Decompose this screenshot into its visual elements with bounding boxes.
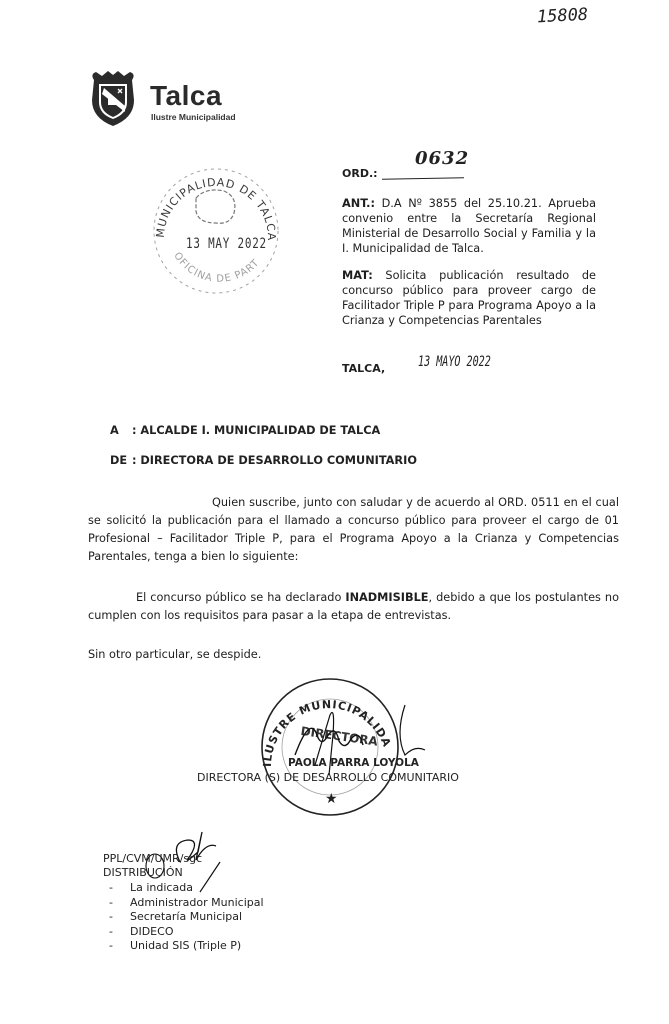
body-paragraph-1: Quien suscribe, junto con saludar y de a… xyxy=(88,494,619,566)
mat-text: Solicita publicación resultado de concur… xyxy=(342,269,596,327)
list-item: -Unidad SIS (Triple P) xyxy=(103,939,264,954)
list-item: -La indicada xyxy=(103,881,264,896)
stamp-arc-top: MUNICIPALIDAD DE TALCA xyxy=(154,176,278,242)
svg-text:ILUSTRE MUNICIPALIDAD DE: ILUSTRE MUNICIPALIDAD DE xyxy=(250,665,394,767)
distribution-title: DISTRIBUCIÓN xyxy=(103,866,183,879)
signer-name: PAOLA PARRA LOYOLA xyxy=(288,757,419,769)
inadmissible-emphasis: INADMISIBLE xyxy=(345,591,428,604)
svg-text:MUNICIPALIDAD DE TALCA: MUNICIPALIDAD DE TALCA xyxy=(154,176,278,242)
sender-value: : DIRECTORA DE DESARROLLO COMUNITARIO xyxy=(132,454,417,467)
ant-text: D.A Nº 3855 del 25.10.21. Aprueba conven… xyxy=(342,197,596,255)
closing-line: Sin otro particular, se despide. xyxy=(88,648,261,661)
logo-title: Talca xyxy=(150,80,222,112)
ord-underline xyxy=(382,177,464,179)
recipient-line: A : ALCALDE I. MUNICIPALIDAD DE TALCA xyxy=(110,424,380,437)
received-stamp: MUNICIPALIDAD DE TALCA OFICINA DE PARTES xyxy=(146,163,286,298)
antecedent-block: ANT.: D.A Nº 3855 del 25.10.21. Aprueba … xyxy=(342,196,596,256)
ant-label: ANT.: xyxy=(342,197,375,210)
distribution-list: -La indicada -Administrador Municipal -S… xyxy=(103,881,264,954)
list-item: -Administrador Municipal xyxy=(103,896,264,911)
mat-label: MAT: xyxy=(342,269,373,282)
ord-number: 0632 xyxy=(415,148,469,169)
star-icon: ★ xyxy=(325,791,338,807)
issue-date: 13 MAYO 2022 xyxy=(418,354,491,370)
recipient-key: A xyxy=(110,424,128,437)
ord-label: ORD.: xyxy=(342,167,378,180)
sender-key: DE xyxy=(110,454,128,467)
signer-role: DIRECTORA (S) DE DESARROLLO COMUNITARIO xyxy=(197,771,459,784)
list-item: -Secretaría Municipal xyxy=(103,910,264,925)
logo-subtitle: Ilustre Municipalidad xyxy=(151,112,236,122)
sender-line: DE : DIRECTORA DE DESARROLLO COMUNITARIO xyxy=(110,454,417,467)
coat-of-arms-icon xyxy=(88,70,138,128)
body-paragraph-2: El concurso público se ha declarado INAD… xyxy=(88,589,619,625)
recipient-value: : ALCALDE I. MUNICIPALIDAD DE TALCA xyxy=(132,424,380,437)
received-stamp-date: 13 MAY 2022 xyxy=(186,236,267,252)
reference-initials: PPL/CVM/UMR/sgc xyxy=(103,852,202,865)
signature-stamp-arc: ILUSTRE MUNICIPALIDAD DE xyxy=(250,665,394,767)
handwritten-reference-number: 15808 xyxy=(537,5,589,28)
paragraph2-text-start: El concurso público se ha declarado xyxy=(136,591,345,604)
subject-block: MAT: Solicita publicación resultado de c… xyxy=(342,268,596,328)
place-label: TALCA, xyxy=(342,362,385,375)
list-item: -DIDECO xyxy=(103,925,264,940)
signature-stamp: ILUSTRE MUNICIPALIDAD DE DIRECTORA ★ xyxy=(255,675,405,820)
